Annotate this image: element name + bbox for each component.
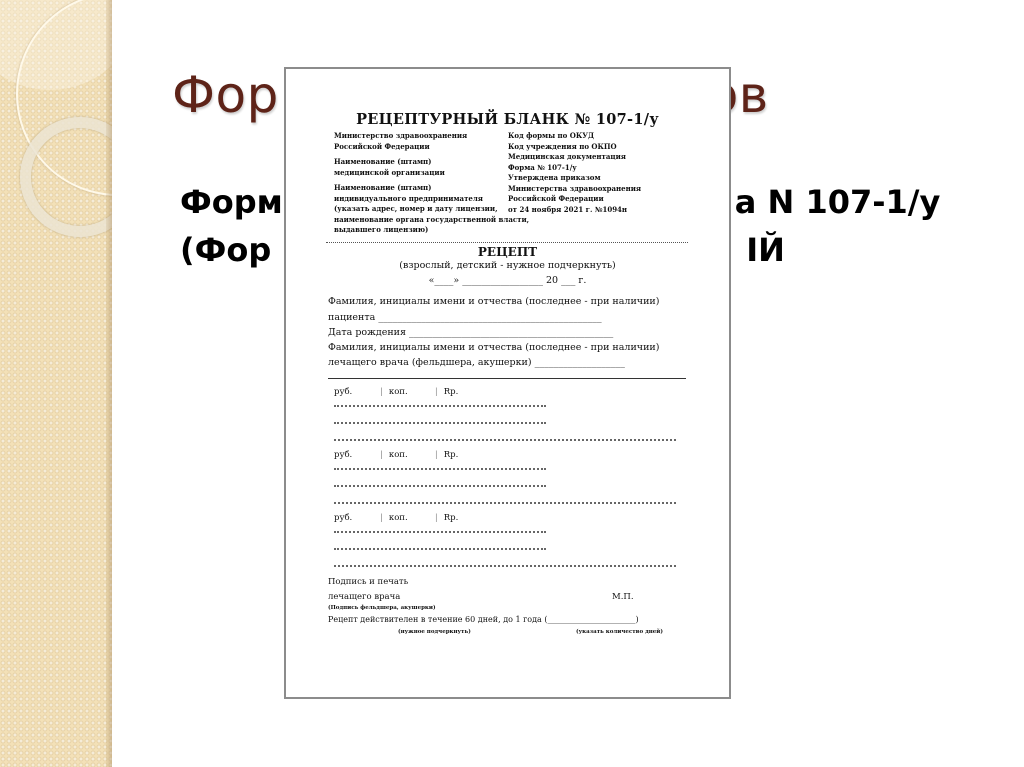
form-divider — [326, 242, 688, 243]
recept-heading: РЕЦЕПТ — [286, 245, 729, 259]
rp-label: Rp. — [444, 450, 459, 460]
kop-label: коп. — [389, 450, 429, 460]
right-header-line: Медицинская документация — [508, 152, 641, 163]
separator: | — [435, 450, 438, 460]
rx-dotted-line — [334, 405, 546, 407]
kop-label: коп. — [389, 387, 429, 397]
validity-note-right: (указать количество дней) — [576, 629, 663, 635]
kop-label: коп. — [389, 513, 429, 523]
rx-block-header: руб.|коп.|Rp. — [334, 387, 458, 397]
subtitle-line2-right: ІЙ — [746, 231, 785, 269]
subtitle-line1-right: а N 107-1/у — [735, 183, 941, 221]
left-header-line: наименование органа государственной влас… — [334, 215, 529, 226]
subtitle-line2-left: (Фор — [180, 231, 271, 269]
separator: | — [435, 513, 438, 523]
form-left-header: Министерство здравоохраненияРоссийской Ф… — [334, 131, 529, 236]
rp-label: Rp. — [444, 387, 459, 397]
patient-label-1: Фамилия, инициалы имени и отчества (посл… — [328, 296, 659, 307]
right-header-line: Утверждена приказом — [508, 173, 641, 184]
separator: | — [380, 513, 383, 523]
rub-label: руб. — [334, 387, 374, 397]
rx-dotted-line — [334, 485, 546, 487]
doctor-label-1: Фамилия, инициалы имени и отчества (посл… — [328, 342, 659, 353]
rx-dotted-line — [334, 531, 546, 533]
rx-block-header: руб.|коп.|Rp. — [334, 450, 458, 460]
right-header-line: Министерства здравоохранения — [508, 184, 641, 195]
slide-title-left: Фор — [172, 66, 279, 124]
rp-label: Rp. — [444, 513, 459, 523]
separator: | — [380, 387, 383, 397]
left-header-line: Наименование (штамп) — [334, 183, 529, 194]
prescription-form-image: РЕЦЕПТУРНЫЙ БЛАНК № 107-1/у Министерство… — [284, 67, 731, 699]
right-header-line: Код формы по ОКУД — [508, 131, 641, 142]
rx-dotted-line — [334, 565, 676, 567]
left-header-line: выдавшего лицензию) — [334, 225, 529, 236]
right-header-line: Форма № 107-1/у — [508, 163, 641, 174]
birth-label: Дата рождения __________________________… — [328, 327, 613, 338]
left-header-line: Наименование (штамп) — [334, 157, 529, 168]
doctor-label-2: лечащего врача (фельдшера, акушерки) ___… — [328, 357, 625, 368]
rx-block-header: руб.|коп.|Rp. — [334, 513, 458, 523]
left-header-line: (указать адрес, номер и дату лицензии, — [334, 204, 529, 215]
rub-label: руб. — [334, 513, 374, 523]
validity-line: Рецепт действителен в течение 60 дней, д… — [328, 615, 639, 624]
patient-label-2: пациента _______________________________… — [328, 312, 602, 323]
doctor-rule — [328, 378, 686, 379]
right-header-line: Код учреждения по ОКПО — [508, 142, 641, 153]
signature-line-2: лечащего врача — [328, 592, 400, 602]
left-header-line: медицинской организации — [334, 168, 529, 179]
separator: | — [435, 387, 438, 397]
rx-dotted-line — [334, 468, 546, 470]
left-header-line: Министерство здравоохранения — [334, 131, 529, 142]
right-header-line: Российской Федерации — [508, 194, 641, 205]
form-title: РЕЦЕПТУРНЫЙ БЛАНК № 107-1/у — [286, 111, 729, 128]
signature-line-1: Подпись и печать — [328, 577, 408, 587]
left-header-line: Российской Федерации — [334, 142, 529, 153]
subtitle-line1-left: Форм — [180, 183, 283, 221]
age-line: (взрослый, детский - нужное подчеркнуть) — [286, 260, 729, 271]
decorative-sidebar — [0, 0, 112, 767]
form-right-header: Код формы по ОКУДКод учреждения по ОКПОМ… — [508, 131, 641, 215]
validity-note-left: (нужное подчеркнуть) — [398, 629, 471, 635]
rx-dotted-line — [334, 422, 546, 424]
sidebar-shadow-edge — [106, 0, 112, 767]
rx-dotted-line — [334, 439, 676, 441]
left-header-line: индивидуального предпринимателя — [334, 194, 529, 205]
rx-dotted-line — [334, 502, 676, 504]
date-line: «____» _________________ 20 ___ г. — [286, 275, 729, 286]
mp-stamp: М.П. — [612, 592, 634, 602]
rx-dotted-line — [334, 548, 546, 550]
separator: | — [380, 450, 383, 460]
signature-note: (Подпись фельдшера, акушерки) — [328, 605, 436, 611]
rub-label: руб. — [334, 450, 374, 460]
right-header-line: от 24 ноября 2021 г. №1094н — [508, 205, 641, 216]
